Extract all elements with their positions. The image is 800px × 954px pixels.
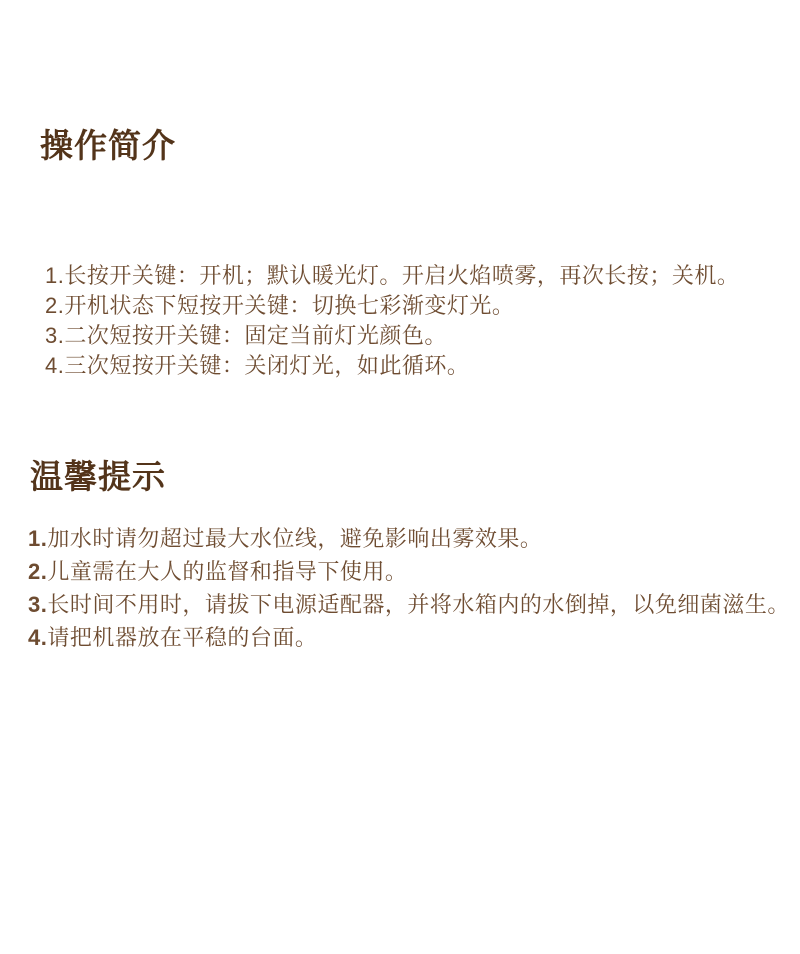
item-number: 2. <box>45 293 64 318</box>
list-item: 3.二次短按开关键：固定当前灯光颜色。 <box>45 321 739 351</box>
item-number: 4. <box>45 353 64 378</box>
item-number: 3. <box>45 323 64 348</box>
list-item: 3.长时间不用时，请拔下电源适配器，并将水箱内的水倒掉，以免细菌滋生。 <box>28 588 790 621</box>
item-text: 儿童需在大人的监督和指导下使用。 <box>47 559 407 584</box>
operation-steps-list: 1.长按开关键：开机；默认暖光灯。开启火焰喷雾，再次长按；关机。 2.开机状态下… <box>45 261 739 381</box>
list-item: 2.儿童需在大人的监督和指导下使用。 <box>28 555 790 588</box>
item-text: 请把机器放在平稳的台面。 <box>47 625 317 650</box>
list-item: 4.请把机器放在平稳的台面。 <box>28 621 790 654</box>
list-item: 1.加水时请勿超过最大水位线，避免影响出雾效果。 <box>28 522 790 555</box>
item-text: 长按开关键：开机；默认暖光灯。开启火焰喷雾，再次长按；关机。 <box>64 263 739 288</box>
list-item: 1.长按开关键：开机；默认暖光灯。开启火焰喷雾，再次长按；关机。 <box>45 261 739 291</box>
item-text: 二次短按开关键：固定当前灯光颜色。 <box>64 323 447 348</box>
warm-tips-title: 温馨提示 <box>30 459 166 495</box>
item-number: 1. <box>28 526 47 551</box>
manual-page: 操作简介 1.长按开关键：开机；默认暖光灯。开启火焰喷雾，再次长按；关机。 2.… <box>0 0 800 954</box>
item-text: 开机状态下短按开关键：切换七彩渐变灯光。 <box>64 293 514 318</box>
item-number: 4. <box>28 625 47 650</box>
list-item: 2.开机状态下短按开关键：切换七彩渐变灯光。 <box>45 291 739 321</box>
item-text: 长时间不用时，请拔下电源适配器，并将水箱内的水倒掉，以免细菌滋生。 <box>47 592 790 617</box>
list-item: 4.三次短按开关键：关闭灯光，如此循环。 <box>45 351 739 381</box>
warm-tips-list: 1.加水时请勿超过最大水位线，避免影响出雾效果。 2.儿童需在大人的监督和指导下… <box>28 522 790 654</box>
item-number: 3. <box>28 592 47 617</box>
operation-intro-title: 操作简介 <box>40 128 176 164</box>
item-text: 加水时请勿超过最大水位线，避免影响出雾效果。 <box>47 526 542 551</box>
item-number: 1. <box>45 263 64 288</box>
item-number: 2. <box>28 559 47 584</box>
item-text: 三次短按开关键：关闭灯光，如此循环。 <box>64 353 469 378</box>
